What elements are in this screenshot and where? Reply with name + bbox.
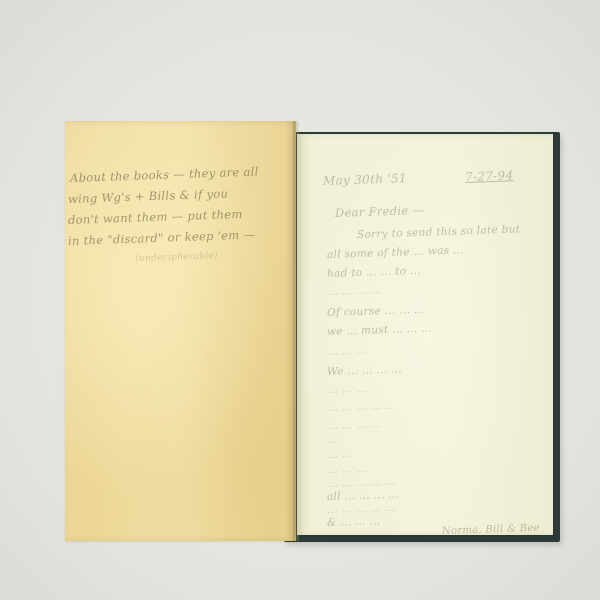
letter-line-1: Sorry to send this so late but xyxy=(357,223,521,241)
left-line-4: in the "discard" or keep 'em — xyxy=(68,227,256,248)
letter-line-10: ... ... ... ... ... xyxy=(327,400,397,414)
left-line-5: (undecipherable) xyxy=(135,251,218,264)
letter-line-14: ... ... ... xyxy=(327,463,367,476)
letter-line-4: ... ... ... ... xyxy=(327,284,382,298)
letter-line-12: ... xyxy=(327,434,338,446)
letter-line-8: We ... ... ... ... xyxy=(327,363,402,378)
left-line-2: wing Wg's + Bills & if you xyxy=(68,186,229,206)
right-page: May 30th '51 7-27-94 Dear Fredie — Sorry… xyxy=(297,134,553,535)
letter-line-7: ... ... ... xyxy=(327,345,367,358)
left-line-3: don't want them — put them xyxy=(68,207,243,227)
letter-line-6: we ... must ... ... ... xyxy=(327,322,433,338)
letter-line-16: all ... ... ... ... xyxy=(327,488,399,503)
letter-line-13: ... ... xyxy=(327,448,353,461)
letter-line-17: ... ... ... ... ... xyxy=(327,502,397,516)
signature: Norma, Bill & Bee xyxy=(442,523,540,537)
letter-line-3: had to ... ... to ... xyxy=(327,265,421,280)
date-left: May 30th '51 xyxy=(323,171,407,188)
left-line-1: About the books — they are all xyxy=(70,164,259,185)
letter-line-15: ... ... ... ... ... xyxy=(327,476,397,490)
letter-line-5: Of course ... ... ... xyxy=(327,304,425,319)
date-right: 7-27-94 xyxy=(465,168,514,184)
letter-line-2: all some of the ... was ... xyxy=(327,244,464,261)
letter-line-9: ... ... ... xyxy=(327,383,367,396)
letter-line-11: ... ... ... ... xyxy=(327,418,382,432)
letter-line-18: & ... ... ... xyxy=(327,515,381,529)
salutation: Dear Fredie — xyxy=(335,203,425,220)
left-page: About the books — they are all wing Wg's… xyxy=(65,121,296,541)
